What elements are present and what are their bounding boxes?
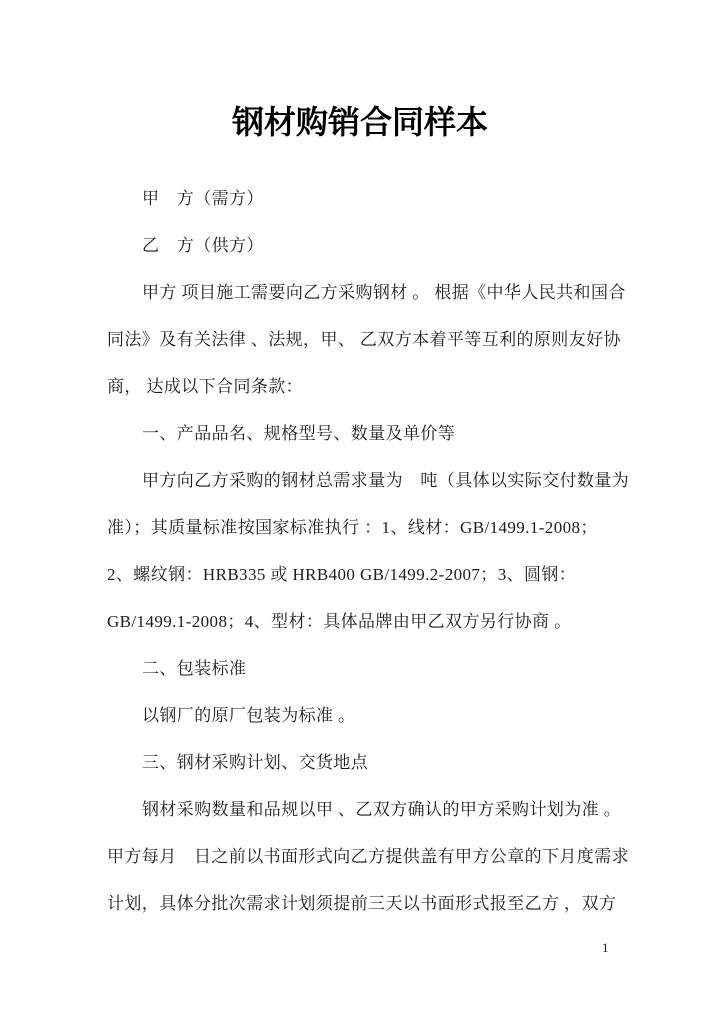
document-page: 钢材购销合同样本 甲 方（需方）乙 方（供方）甲方 项目施工需要向乙方采购钢材 … [0, 0, 720, 1017]
document-line: 准）；其质量标准按国家标准执行 ：1、线材：GB/1499.1-2008； [107, 504, 627, 551]
document-line: 甲 方（需方） [107, 175, 627, 222]
document-line: 甲方每月 日之前以书面形式向乙方提供盖有甲方公章的下月度需求 [107, 833, 627, 880]
document-line: 一、产品品名、规格型号、数量及单价等 [107, 410, 627, 457]
document-line: GB/1499.1-2008；4、型材：具体品牌由甲乙双方另行协商 。 [107, 598, 627, 645]
document-line: 二、包装标准 [107, 645, 627, 692]
document-line: 2、螺纹钢：HRB335 或 HRB400 GB/1499.2-2007；3、圆… [107, 551, 627, 598]
document-line: 商， 达成以下合同条款： [107, 363, 627, 410]
document-line: 以钢厂的原厂包装为标准 。 [107, 692, 627, 739]
document-line: 计划，具体分批次需求计划须提前三天以书面形式报至乙方 ，双方 [107, 880, 627, 927]
document-line: 同法》及有关法律 、法规，甲、 乙双方本着平等互利的原则友好协 [107, 316, 627, 363]
document-title: 钢材购销合同样本 [0, 104, 720, 140]
document-line: 钢材采购数量和品规以甲 、乙双方确认的甲方采购计划为准 。 [107, 786, 627, 833]
document-line: 甲方向乙方采购的钢材总需求量为 吨（具体以实际交付数量为 [107, 457, 627, 504]
document-line: 甲方 项目施工需要向乙方采购钢材 。 根据《中华人民共和国合 [107, 269, 627, 316]
document-body: 甲 方（需方）乙 方（供方）甲方 项目施工需要向乙方采购钢材 。 根据《中华人民… [107, 175, 627, 927]
document-line: 三、钢材采购计划、交货地点 [107, 739, 627, 786]
document-line: 乙 方（供方） [107, 222, 627, 269]
page-number: 1 [602, 940, 609, 956]
